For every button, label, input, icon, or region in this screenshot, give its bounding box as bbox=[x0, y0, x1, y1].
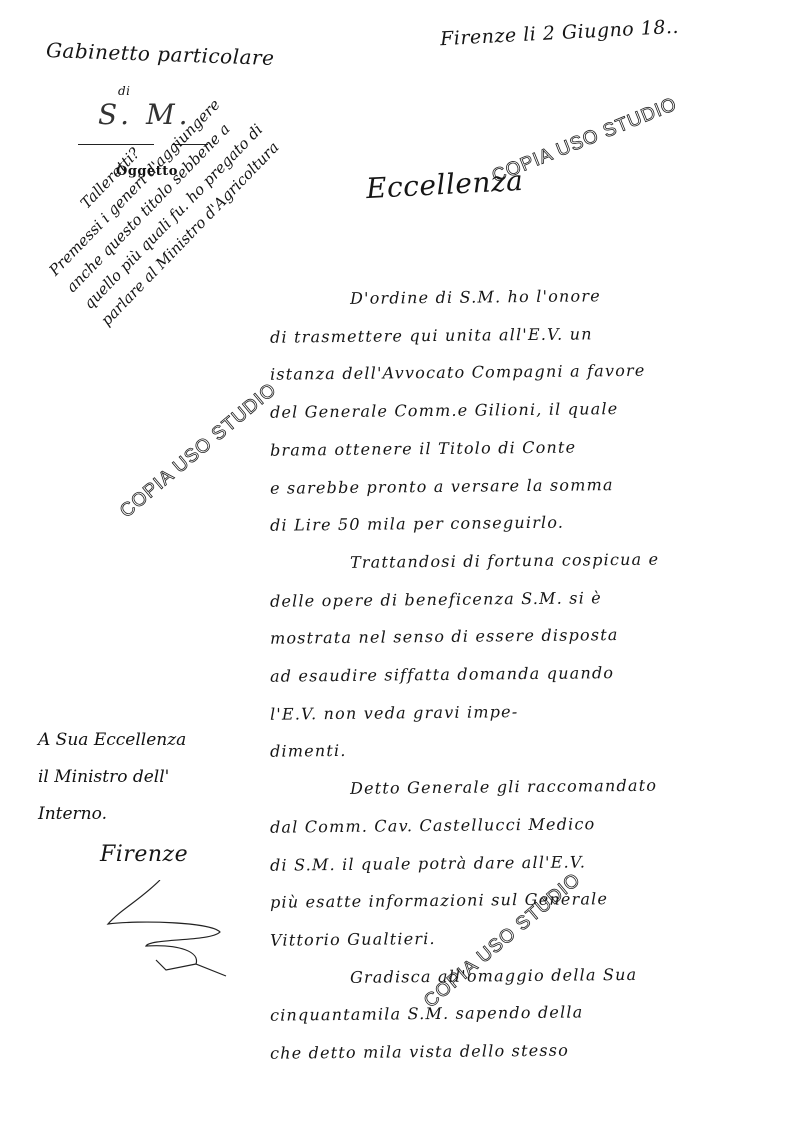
body-line: di S.M. il quale potrà dare all'E.V. bbox=[270, 841, 790, 884]
body-line: Trattandosi di fortuna cospicua e bbox=[270, 539, 790, 582]
body-line: di Lire 50 mila per conseguirlo. bbox=[270, 501, 790, 544]
letterhead-office: Gabinetto particolare bbox=[46, 38, 275, 70]
body-line: delle opere di beneficenza S.M. si è bbox=[270, 577, 790, 620]
addressee-line: Interno. bbox=[38, 796, 186, 833]
body-line: ad esaudire siffatta domanda quando bbox=[270, 652, 790, 695]
body-line: mostrata nel senso di essere disposta bbox=[270, 615, 790, 658]
letter-body: D'ordine di S.M. ho l'onoredi trasmetter… bbox=[270, 278, 790, 1070]
addressee-block: A Sua Eccellenza il Ministro dell' Inter… bbox=[38, 722, 186, 833]
body-line: l'E.V. non veda gravi impe- bbox=[270, 690, 790, 733]
body-line: brama ottenere il Titolo di Conte bbox=[270, 426, 790, 469]
letterhead-di: di bbox=[118, 84, 131, 98]
letter-page: Gabinetto particolare di S. M. Oggetto F… bbox=[0, 0, 800, 1130]
date-line: Firenze li 2 Giugno 18.. bbox=[440, 16, 680, 50]
body-line: di trasmettere qui unita all'E.V. un bbox=[270, 313, 790, 356]
body-line: D'ordine di S.M. ho l'onore bbox=[270, 275, 790, 318]
body-line: del Generale Comm.e Gilioni, il quale bbox=[270, 388, 790, 431]
body-line: dimenti. bbox=[270, 728, 790, 771]
addressee-line: A Sua Eccellenza bbox=[38, 722, 186, 759]
body-line: Detto Generale gli raccomandato bbox=[270, 765, 790, 808]
watermark: COPIA USO STUDIO bbox=[489, 94, 680, 188]
signature: Firenze bbox=[100, 842, 188, 867]
body-line: e sarebbe pronto a versare la somma bbox=[270, 464, 790, 507]
addressee-line: il Ministro dell' bbox=[38, 759, 186, 796]
body-line: cinquantamila S.M. sapendo della bbox=[270, 992, 790, 1035]
watermark: COPIA USO STUDIO bbox=[116, 379, 282, 523]
body-line: istanza dell'Avvocato Compagni a favore bbox=[270, 351, 790, 394]
signature-flourish-icon bbox=[100, 880, 240, 980]
body-line: dal Comm. Cav. Castellucci Medico bbox=[270, 803, 790, 846]
body-line: che detto mila vista dello stesso bbox=[270, 1029, 790, 1072]
body-line: Gradisca all'omaggio della Sua bbox=[270, 954, 790, 997]
